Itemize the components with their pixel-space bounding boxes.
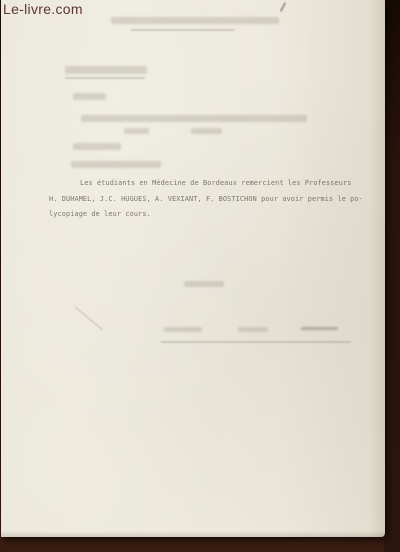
ghost-text-smudge [124, 128, 149, 134]
ghost-dash [301, 327, 338, 330]
document-page: Le-livre.com Les étudiants en Médecine d… [1, 0, 385, 537]
ghost-text-smudge [81, 115, 307, 122]
ghost-text-smudge [65, 66, 147, 74]
paragraph-line-1: Les étudiants en Médecine de Bordeaux re… [49, 176, 355, 192]
ghost-text-smudge [73, 93, 106, 100]
paragraph-line-2: H. DUHAMEL, J.C. HUGUES, A. VEXIANT, F. … [49, 192, 355, 208]
scan-backdrop: Le-livre.com Les étudiants en Médecine d… [0, 0, 400, 552]
ghost-text-smudge [191, 128, 222, 134]
ghost-text-smudge [111, 17, 279, 24]
crease-line [75, 307, 103, 331]
ghost-text-smudge [71, 161, 161, 168]
watermark: Le-livre.com [3, 1, 83, 17]
paragraph-line-3: lycopiage de leur cours. [49, 207, 355, 223]
ghost-text-smudge [73, 143, 121, 150]
ghost-text-smudge [164, 327, 202, 332]
ghost-text-smudge [238, 327, 268, 332]
ghost-rule [161, 341, 351, 343]
acknowledgement-paragraph: Les étudiants en Médecine de Bordeaux re… [49, 176, 355, 223]
ghost-underline [131, 29, 235, 31]
scratch-mark [280, 2, 286, 12]
ghost-text-smudge [184, 281, 224, 287]
ghost-underline [65, 77, 145, 79]
